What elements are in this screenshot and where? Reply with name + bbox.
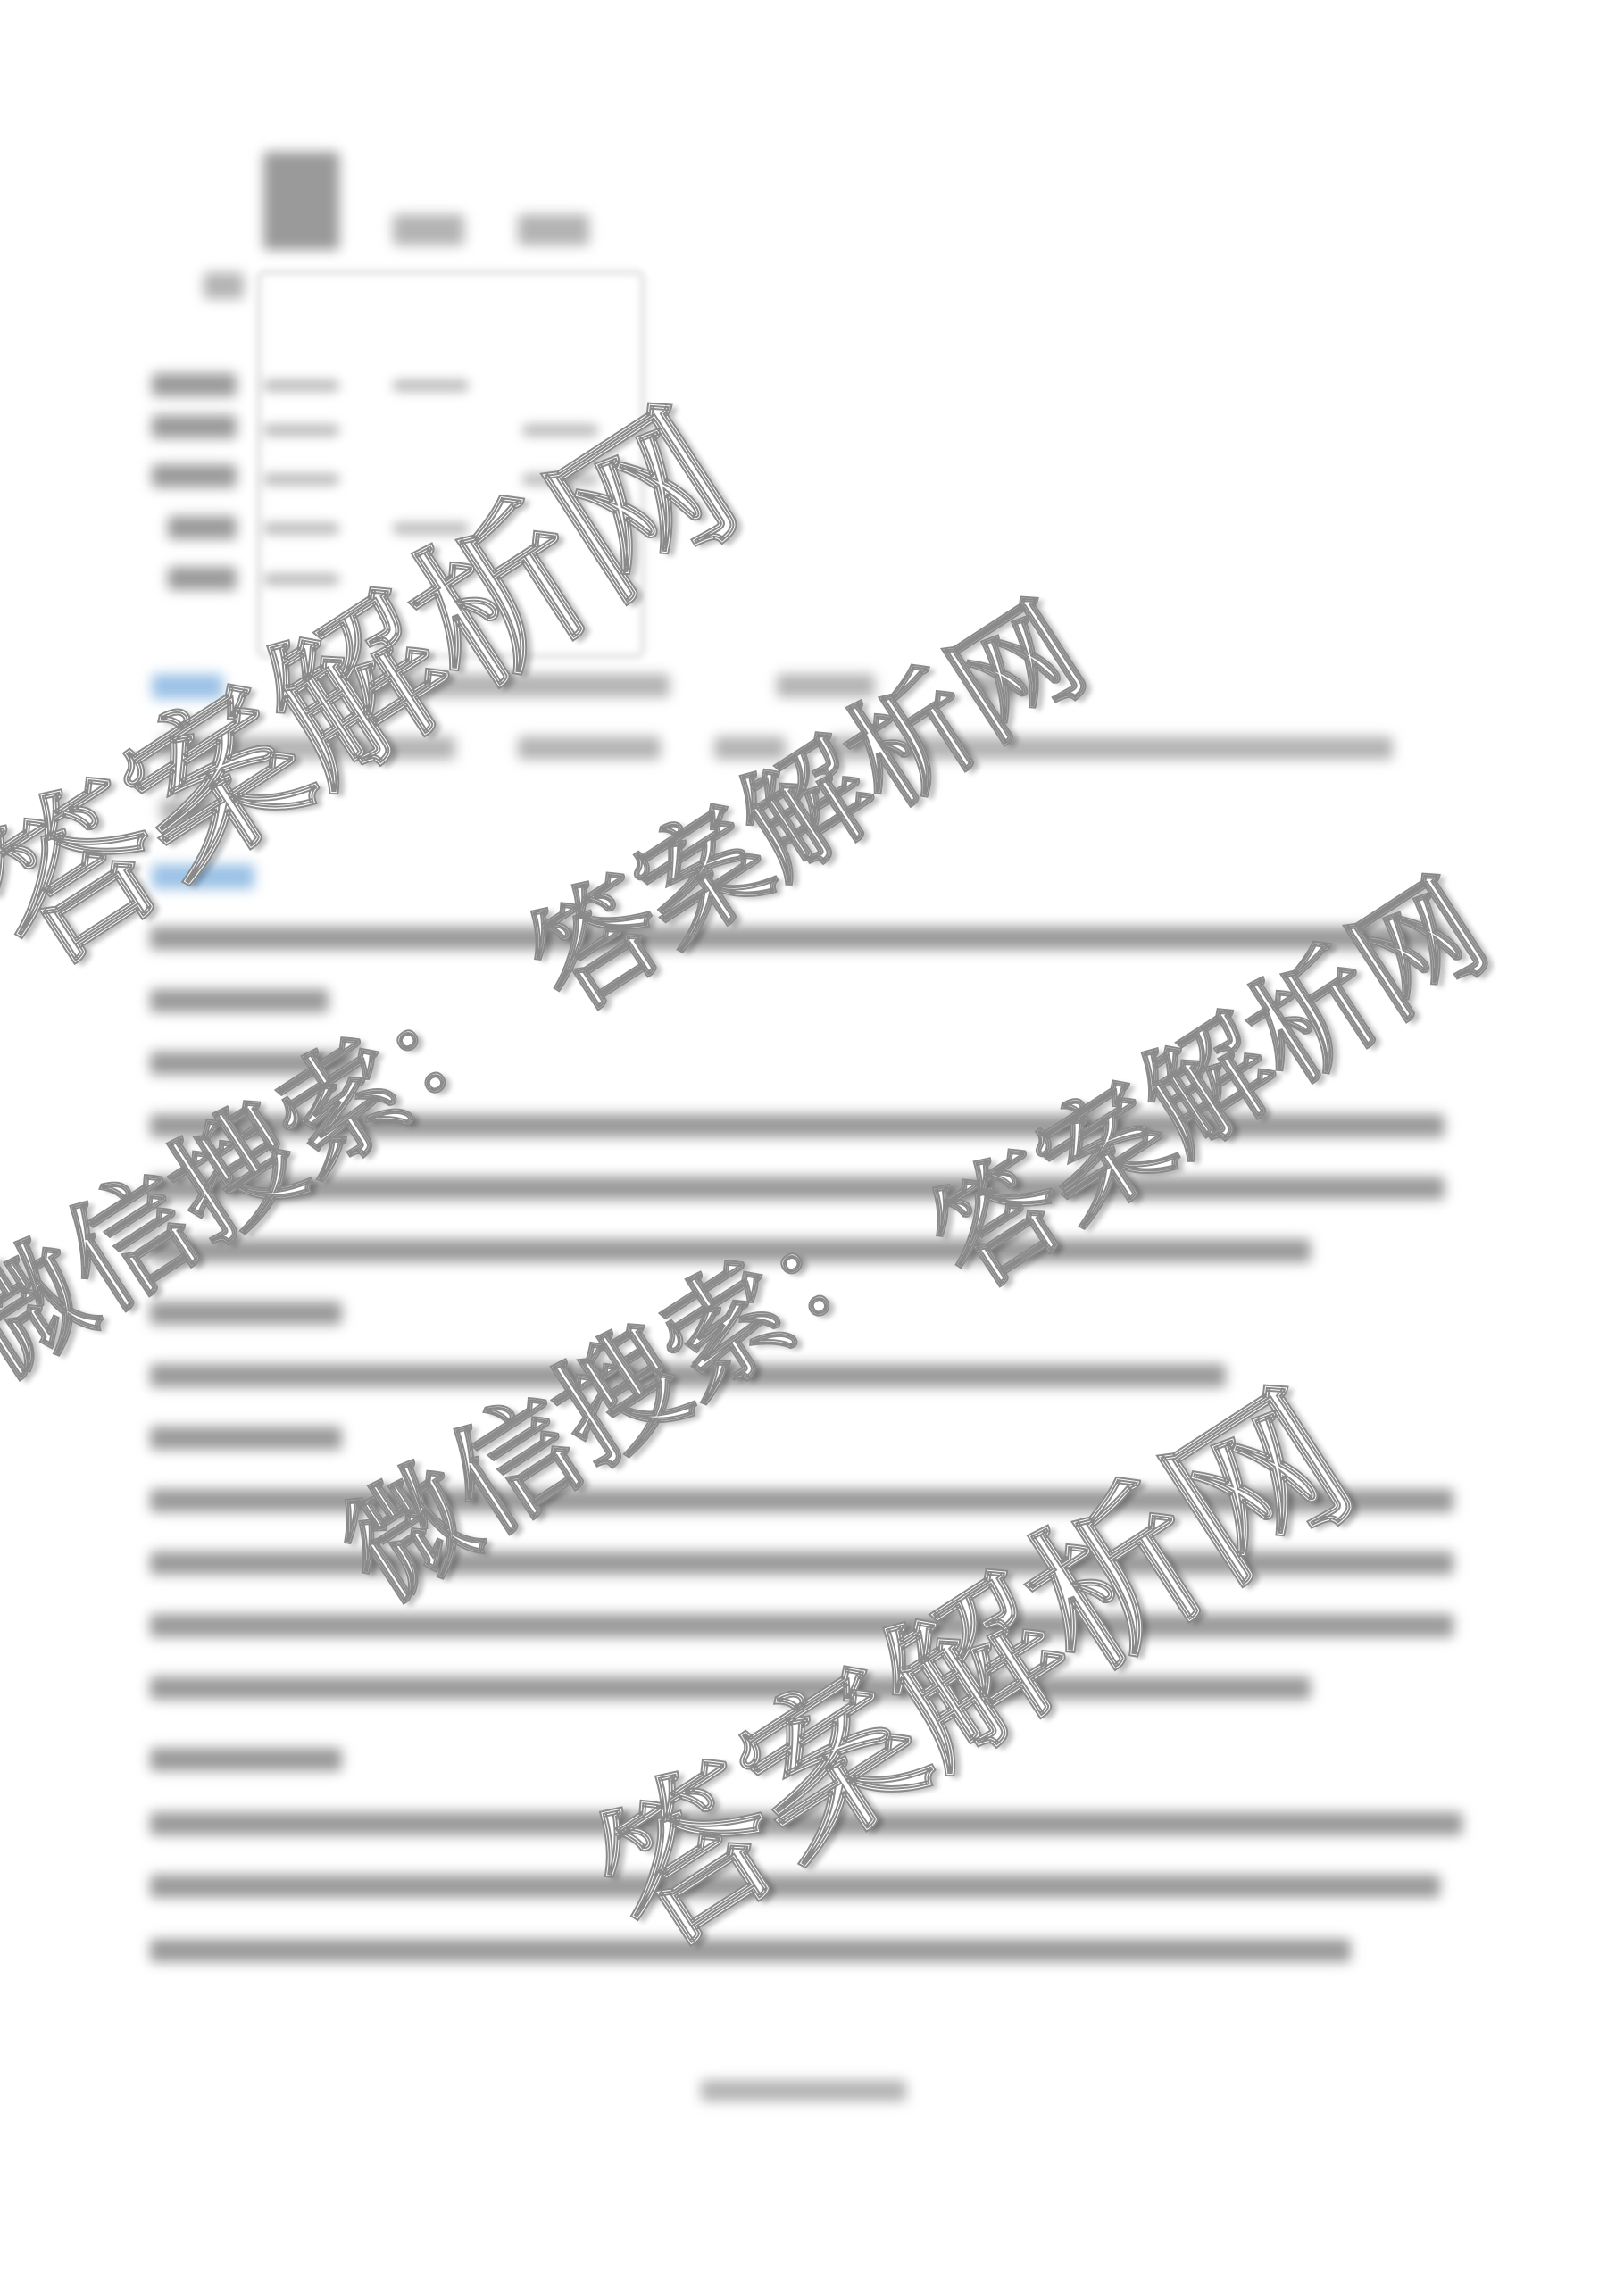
marker-label — [168, 516, 237, 539]
band — [263, 522, 339, 535]
subheading — [150, 1748, 342, 1771]
text-line — [150, 1939, 1351, 1962]
text-line — [150, 1114, 1445, 1137]
answer-line — [161, 736, 455, 760]
marker-label — [152, 373, 237, 396]
subheading — [150, 1427, 342, 1450]
text-line — [150, 1052, 355, 1075]
text-line — [150, 1676, 1311, 1700]
analysis-label — [152, 864, 254, 889]
band — [263, 424, 339, 437]
lane-header-2 — [393, 214, 464, 245]
gel-frame — [254, 268, 647, 661]
answer-line — [161, 799, 223, 822]
band — [263, 379, 339, 392]
subheading — [150, 1302, 342, 1325]
lane-header-1 — [263, 152, 339, 250]
text-line — [150, 1239, 1311, 1262]
marker-label — [152, 415, 237, 438]
text-line — [150, 1551, 1453, 1575]
text-line — [150, 927, 1449, 950]
page-footer — [701, 2080, 906, 2101]
band — [522, 473, 598, 486]
text-line — [150, 1177, 1445, 1200]
lane-header-3 — [518, 214, 589, 245]
answer-line — [714, 736, 786, 760]
band — [393, 522, 469, 535]
answer-line — [777, 674, 875, 697]
text-line — [150, 1489, 1453, 1512]
answer-line — [518, 736, 661, 760]
text-line — [150, 1875, 1440, 1898]
band — [263, 473, 339, 486]
text-line — [150, 1364, 1226, 1387]
marker-label — [168, 567, 237, 590]
text-line — [150, 1812, 1462, 1835]
answer-label — [152, 674, 223, 699]
text-line — [150, 989, 329, 1012]
band — [522, 424, 598, 437]
band — [393, 379, 469, 392]
text-line — [150, 1614, 1453, 1637]
answer-line — [830, 736, 1393, 760]
answer-line — [295, 674, 670, 697]
band — [263, 573, 339, 586]
axis-unit-label — [204, 272, 244, 299]
answer-line — [973, 674, 1027, 697]
marker-label — [152, 464, 237, 487]
